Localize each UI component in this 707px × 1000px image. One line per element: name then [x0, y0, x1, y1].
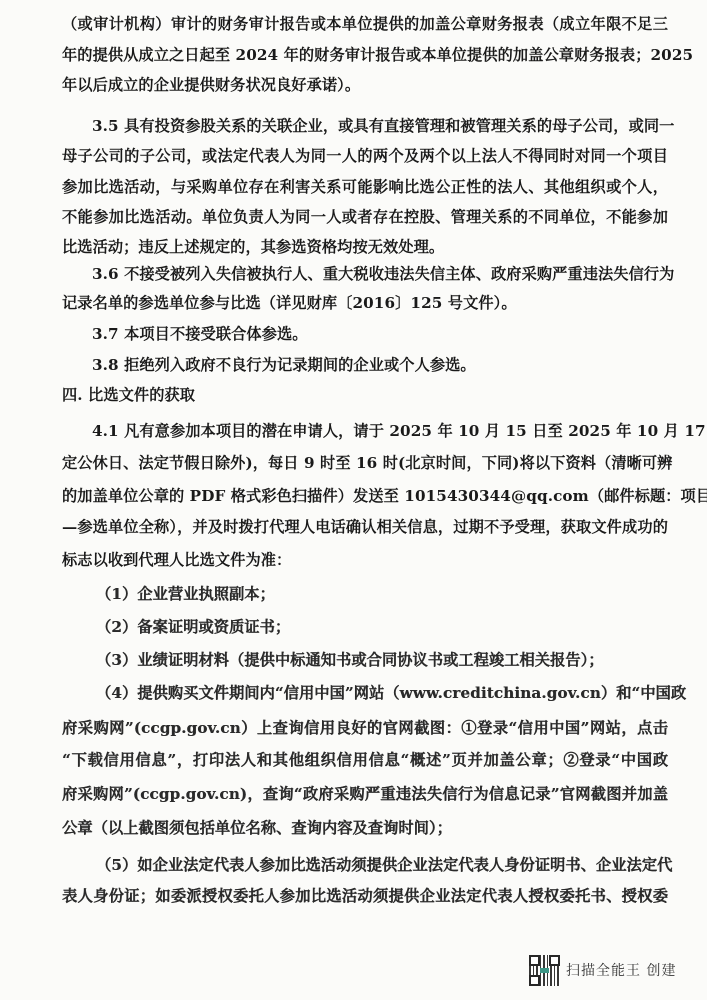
paragraph-line: 比选活动；违反上述规定的，其参选资格均按无效处理。 — [62, 237, 668, 257]
paragraph-3-7-line: 3.7 本项目不接受联合体参选。 — [92, 324, 668, 344]
paragraph-line: 参加比选活动，与采购单位存在利害关系可能影响比选公正性的法人、其他组织或个人， — [62, 177, 668, 197]
paragraph-line: （或审计机构）审计的财务审计报告或本单位提供的加盖公章财务报表（成立年限不足三 — [62, 14, 668, 34]
paragraph-line: 标志以收到代理人比选文件为准： — [62, 550, 668, 570]
paragraph-line: “下载信用信息”，打印法人和其他组织信用信息“概述”页并加盖公章；②登录“中国政 — [62, 750, 668, 770]
paragraph-line: 表人身份证；如委派授权委托人参加比选活动须提供企业法定代表人授权委托书、授权委 — [62, 886, 668, 906]
paragraph-line: 年以后成立的企业提供财务状况良好承诺）。 — [62, 75, 668, 95]
section-heading: 四. 比选文件的获取 — [62, 385, 668, 405]
list-item-2: （2）备案证明或资质证书； — [96, 617, 668, 637]
paragraph-line: 的加盖单位公章的 PDF 格式彩色扫描件）发送至 1015430344@qq.c… — [62, 486, 668, 506]
paragraph-line: —参选单位全称），并及时拨打代理人电话确认相关信息，过期不予受理，获取文件成功的 — [62, 517, 668, 537]
paragraph-line: 不能参加比选活动。单位负责人为同一人或者存在控股、管理关系的不同单位，不能参加 — [62, 207, 668, 227]
list-item-1: （1）企业营业执照副本； — [96, 584, 668, 604]
paragraph-4-1-line: 4.1 凡有意参加本项目的潜在申请人，请于 2025 年 10 月 15 日至 … — [92, 421, 668, 441]
paragraph-line: 定公休日、法定节假日除外)，每日 9 时至 16 时(北京时间，下同)将以下资料… — [62, 453, 668, 473]
list-item-4-line: （4）提供购买文件期间内“信用中国”网站（www.creditchina.gov… — [96, 683, 668, 703]
scanner-watermark: 扫描全能王 创建 — [529, 954, 676, 986]
paragraph-line: 公章（以上截图须包括单位名称、查询内容及查询时间）； — [62, 818, 668, 838]
paragraph-line: 府采购网”(ccgp.gov.cn）上查询信用良好的官网截图：①登录“信用中国”… — [62, 718, 668, 738]
paragraph-line: 记录名单的参选单位参与比选（详见财库〔2016〕125 号文件）。 — [62, 293, 668, 313]
list-item-5-line: （5）如企业法定代表人参加比选活动须提供企业法定代表人身份证明书、企业法定代 — [96, 855, 668, 875]
paragraph-line: 年的提供从成立之日起至 2024 年的财务审计报告或本单位提供的加盖公章财务报表… — [62, 45, 668, 65]
qr-code-icon — [529, 955, 560, 986]
paragraph-3-8-line: 3.8 拒绝列入政府不良行为记录期间的企业或个人参选。 — [92, 355, 668, 375]
paragraph-3-6-line: 3.6 不接受被列入失信被执行人、重大税收违法失信主体、政府采购严重违法失信行为 — [92, 264, 668, 284]
scanned-document-page: （或审计机构）审计的财务审计报告或本单位提供的加盖公章财务报表（成立年限不足三 … — [0, 0, 707, 1000]
paragraph-3-5-line: 3.5 具有投资参股关系的关联企业，或具有直接管理和被管理关系的母子公司，或同一 — [92, 116, 668, 136]
watermark-text: 扫描全能王 创建 — [566, 960, 676, 980]
paragraph-line: 府采购网”(ccgp.gov.cn)，查询“政府采购严重违法失信行为信息记录”官… — [62, 784, 668, 804]
list-item-3: （3）业绩证明材料（提供中标通知书或合同协议书或工程竣工相关报告）； — [96, 650, 668, 670]
paragraph-line: 母子公司的子公司，或法定代表人为同一人的两个及两个以上法人不得同时对同一个项目 — [62, 146, 668, 166]
